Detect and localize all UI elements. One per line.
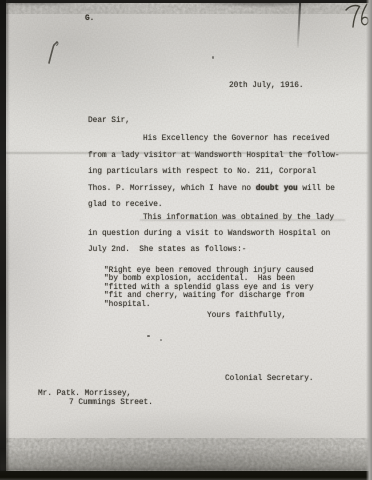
handwritten-tick-mark	[44, 40, 64, 66]
quotation-line: "by bomb explosion, accidental. Has been	[104, 275, 314, 283]
body-line: in question during a visit to Wandsworth…	[88, 230, 330, 238]
salutation-line: Dear Sir,	[88, 117, 130, 125]
scan-edge-right	[366, 0, 372, 480]
body-line-segment: will be	[298, 185, 335, 193]
body-line: ing particulars with respect to No. 211,…	[88, 168, 316, 176]
scan-speck	[212, 56, 214, 59]
quotation-line: "fit and cherry, waiting for discharge f…	[104, 292, 314, 300]
scan-edge-bottom-speckle	[0, 448, 372, 471]
body-line: Thos. P. Morrissey, which I have no doub…	[88, 185, 335, 193]
scan-crease-line	[140, 219, 345, 221]
body-line-segment: Thos. P. Morrissey, which I have no	[88, 185, 256, 193]
scan-noise-texture	[0, 0, 372, 480]
scan-speck	[160, 339, 162, 341]
body-line: This information was obtained by the lad…	[143, 214, 334, 222]
recipient-address-line: 7 Cummings Street.	[69, 399, 153, 407]
signature-title-line: Colonial Secretary.	[225, 375, 314, 383]
scan-crease-line	[0, 152, 372, 154]
body-line: glad to receive.	[88, 201, 163, 209]
quotation-block: "Right eye been removed through injury c…	[104, 267, 314, 309]
scan-speck	[147, 335, 150, 337]
quotation-line: "hospital.	[104, 301, 314, 309]
quotation-line: "fitted with a splendid glass eye and is…	[104, 284, 314, 292]
scan-edge-bottom	[0, 471, 372, 480]
scan-edge-left	[0, 0, 6, 480]
date-line: 20th July, 1916.	[229, 82, 304, 90]
recipient-name-line: Mr. Patk. Morrissey,	[38, 390, 131, 398]
scan-crease-mark	[297, 0, 302, 48]
body-line: His Excellency the Governor has received	[143, 135, 329, 143]
body-line-smudged-segment: doubt you	[256, 185, 298, 193]
body-line: July 2nd. She states as follows:-	[88, 246, 246, 254]
valediction-line: Yours faithfully,	[207, 312, 286, 320]
scanned-letter-page: G. 20th July, 1916. Dear Sir, His Excell…	[0, 0, 372, 480]
scan-edge-top	[0, 0, 372, 3]
reference-mark: G.	[85, 15, 94, 23]
